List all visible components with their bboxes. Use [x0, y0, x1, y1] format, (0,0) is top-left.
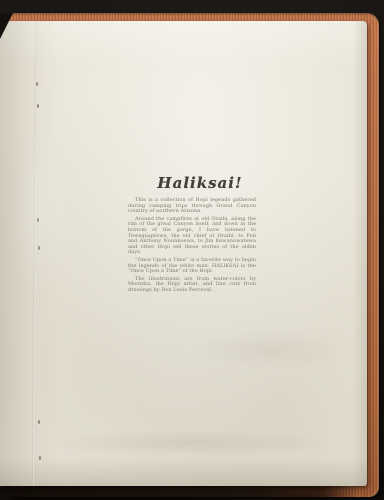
binding-stitch — [38, 246, 40, 250]
paragraph-storytellers: Around the campfires at old Oraibi, alon… — [128, 217, 256, 256]
binding-stitch — [37, 104, 39, 108]
binding-stitch — [37, 218, 39, 222]
binding-stitch — [36, 82, 38, 86]
binding-stitch — [38, 420, 40, 424]
paragraph-haliksai-meaning: “Once Upon a Time” is a favorite way to … — [128, 258, 256, 275]
book-photo: Haliksai! This is a collection of Hopi l… — [0, 0, 384, 500]
page-text-block: Haliksai! This is a collection of Hopi l… — [128, 174, 256, 296]
paragraph-illustrations-credit: The illustrations are from water-colors … — [128, 277, 256, 294]
book-cover-bottom-edge — [7, 486, 359, 497]
binding-stitch — [39, 456, 41, 460]
page-title: Haliksai! — [128, 174, 256, 193]
paragraph-intro: This is a collection of Hopi legends gat… — [128, 198, 256, 215]
